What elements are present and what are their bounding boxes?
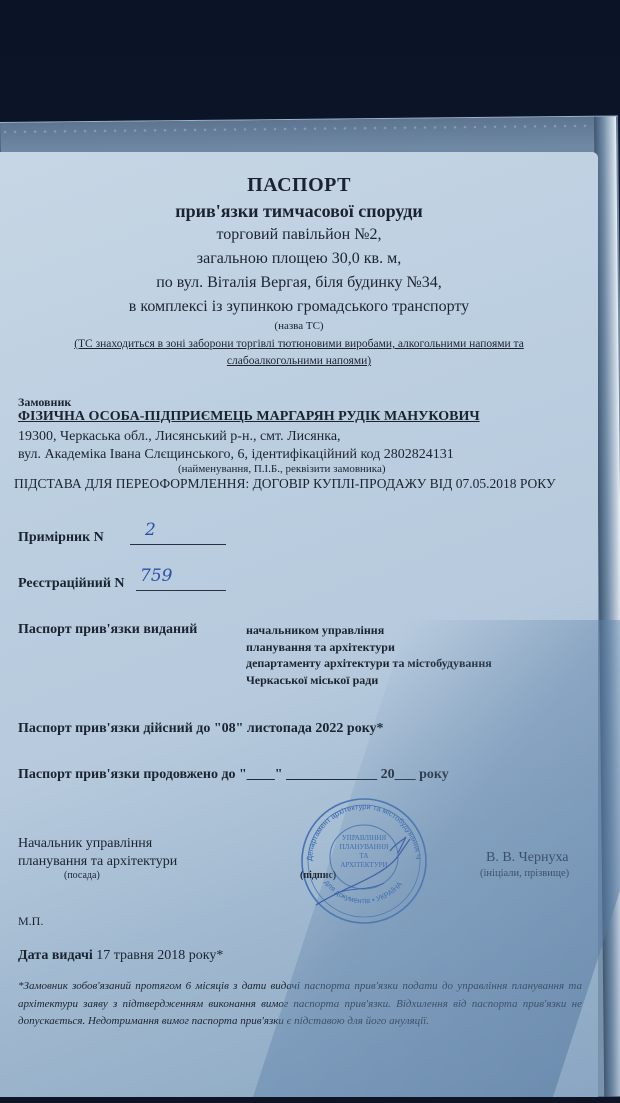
signer-name: В. В. Чернуха (486, 850, 569, 866)
sleeve-seam (0, 123, 588, 135)
registration-number-label: Реєстраційний N (18, 576, 125, 592)
signer-position-line: планування та архітектури (18, 853, 177, 871)
reissue-basis: ПІДСТАВА ДЛЯ ПЕРЕОФОРМЛЕННЯ: ДОГОВІР КУП… (14, 476, 556, 492)
stamp-inner-line: УПРАВЛІННЯ (342, 834, 387, 842)
registration-number-value: 759 (140, 566, 172, 586)
issued-by-line: начальником управління (246, 622, 492, 639)
stamp-inner-line: АРХІТЕКТУРИ (340, 861, 387, 869)
signer-position: Начальник управління планування та архіт… (18, 835, 177, 871)
stamp-inner-line: ПЛАНУВАННЯ (340, 843, 389, 851)
issued-by-authority: начальником управління планування та арх… (246, 622, 492, 688)
object-line: загальною площею 30,0 кв. м, (0, 250, 598, 268)
issued-by-line: департаменту архітектури та містобудуван… (246, 655, 492, 672)
signer-caption: (ініціали, прізвище) (480, 868, 569, 879)
object-line: в комплексі із зупинкою громадського тра… (0, 298, 598, 316)
zone-note: (ТС знаходиться в зоні заборони торгівлі… (0, 336, 598, 370)
customer-caption: (найменування, П.І.Б., реквізити замовни… (178, 463, 386, 475)
issue-date-label: Дата видачі (18, 948, 93, 963)
customer-label: Замовник (18, 395, 71, 410)
issue-date: Дата видачі 17 травня 2018 року* (18, 948, 223, 964)
customer-name: ФІЗИЧНА ОСОБА-ПІДПРИЄМЕЦЬ МАРГАРЯН РУДІК… (18, 409, 480, 425)
valid-until: Паспорт прив'язки дійсний до "08" листоп… (18, 721, 384, 737)
stamp-bottom-text: для документів • УКРАЇНА (323, 878, 404, 905)
customer-address: 19300, Черкаська обл., Лисянський р-н., … (18, 428, 454, 464)
object-line: торговий павільйон №2, (0, 226, 598, 244)
signer-position-line: Начальник управління (18, 835, 177, 853)
customer-address-line: 19300, Черкаська обл., Лисянський р-н., … (18, 428, 454, 446)
issued-by-label: Паспорт прив'язки виданий (18, 622, 197, 638)
svg-text:для документів • УКРАЇНА: для документів • УКРАЇНА (323, 878, 404, 905)
position-caption: (посада) (64, 870, 100, 881)
issue-date-value: 17 травня 2018 року* (96, 948, 223, 963)
document-subtitle: прив'язки тимчасової споруди (0, 201, 598, 222)
background-surface (0, 1097, 620, 1103)
document-page: ПАСПОРТ прив'язки тимчасової споруди тор… (0, 152, 598, 1097)
object-line: по вул. Віталія Вергая, біля будинку №34… (0, 274, 598, 292)
seal-label: М.П. (18, 914, 43, 929)
signature-caption: (підпис) (300, 870, 336, 881)
copy-number-value: 2 (145, 520, 156, 540)
issued-by-line: Черкаської міської ради (246, 672, 492, 689)
footnote: *Замовник зобов'язаний протягом 6 місяці… (18, 978, 582, 1031)
document-title: ПАСПОРТ (0, 174, 598, 197)
issued-by-line: планування та архітектури (246, 639, 492, 656)
extended-until: Паспорт прив'язки продовжено до "____" _… (18, 767, 449, 783)
object-caption: (назва ТС) (0, 320, 598, 332)
official-stamp-icon: Департамент архітектури та містобудуванн… (298, 795, 430, 927)
copy-number-label: Примірник N (18, 530, 104, 546)
customer-address-line: вул. Академіка Івана Слєщинського, 6, ід… (18, 446, 454, 464)
stamp-inner-line: ТА (360, 852, 369, 860)
